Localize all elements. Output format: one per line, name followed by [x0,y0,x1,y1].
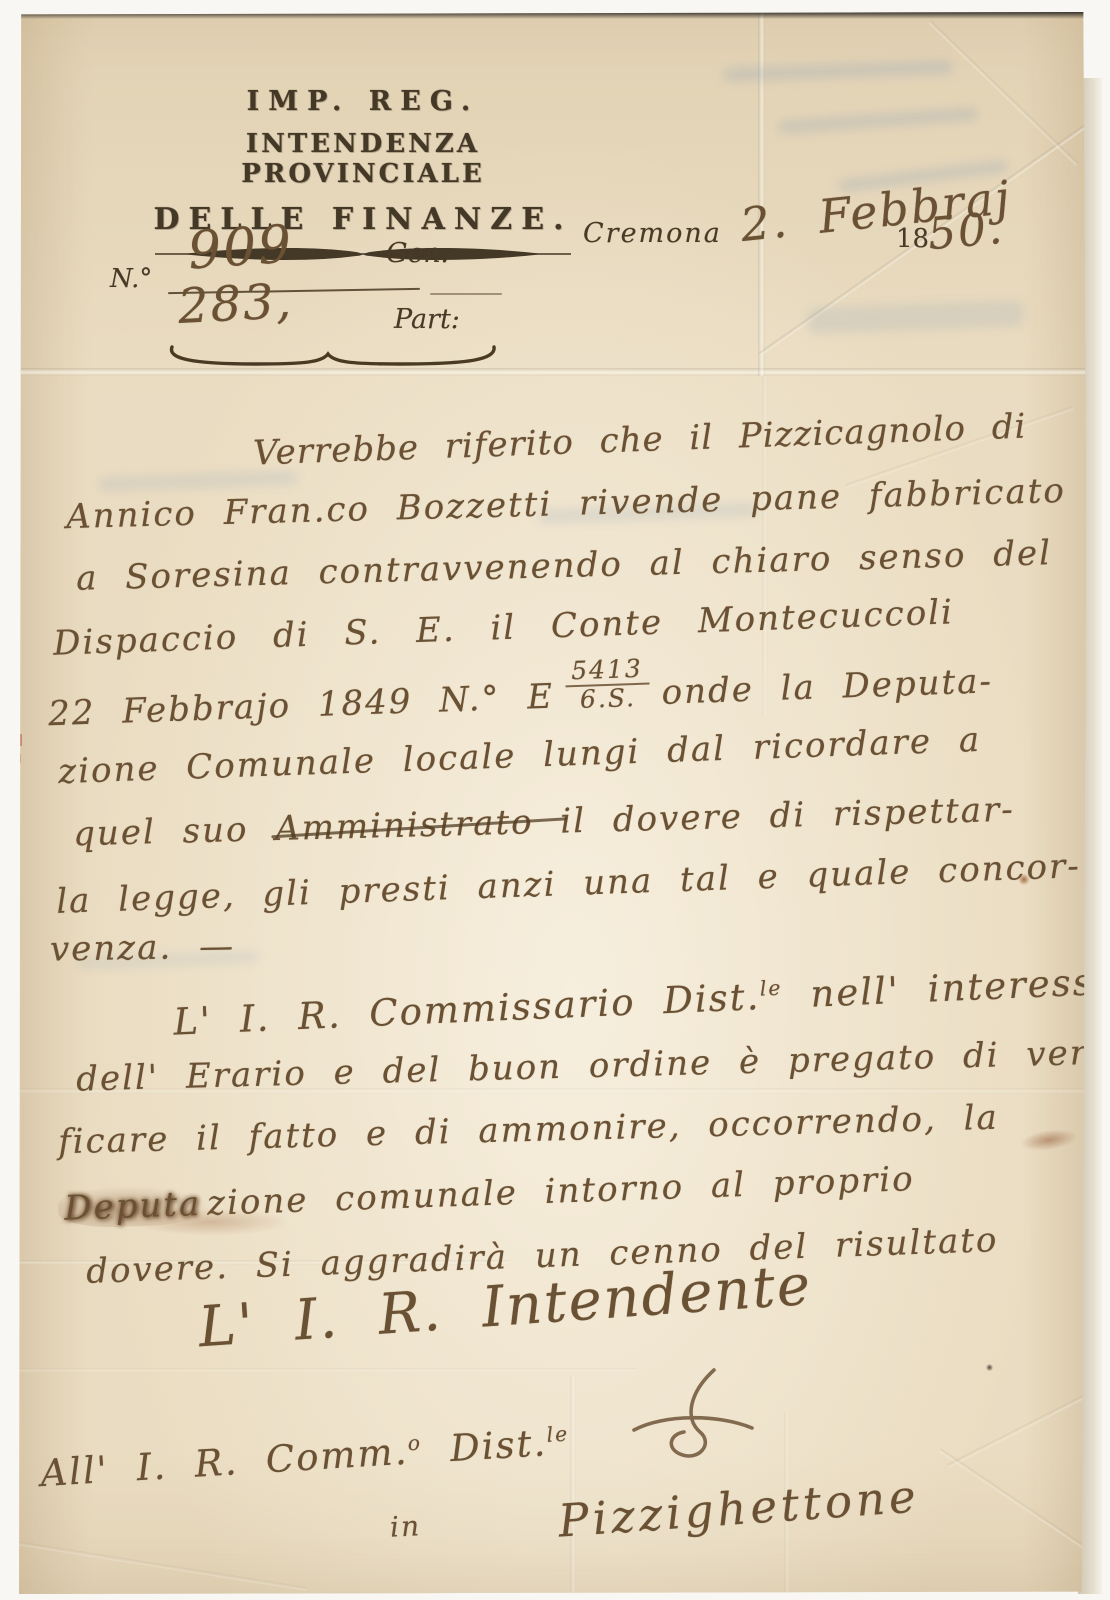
body-line-text: il dovere di rispettar- [560,790,1015,842]
body-line-text: 22 Febbrajo 1849 N.° E [48,677,555,735]
ink-showthrough [808,300,1024,333]
crease-diagonal-bottom-right-up [947,1392,1091,1468]
body-line-text: nell' interesse [810,959,1110,1015]
body-line: L' I. R. Commissario Dist.le nell' inter… [173,959,1110,1043]
paper-top-edge-shadow [18,12,1086,19]
body-line: Deputazione comunale intorno al proprio [58,1159,916,1229]
body-line-text: Verrebbe riferito che il Pizzicagnolo di [253,407,1028,474]
dispatch-number-fraction: 54136.S. [565,656,651,714]
crease-diagonal-top-right-short [929,21,1079,166]
ink-smudge-right [1019,1126,1079,1154]
fraction-numerator: 5413 [565,656,650,688]
body-line-text: a Soresina contravvenendo al chiaro sens… [76,533,1053,599]
letter-paper: IMP. REG. INTENDENZA PROVINCIALE DELLE F… [18,12,1086,1594]
body-line-text: dell' Erario e del buon ordine è pregato… [76,1032,1110,1099]
superscript-abbrev: o [407,1431,423,1456]
superscript-abbrev: le [759,976,783,1001]
address-recipient-text: Dist. [421,1421,548,1472]
red-edge-mark [18,734,22,746]
body-line-text: quel suo [73,810,249,855]
letterhead-line2: INTENDENZA PROVINCIALE [123,129,603,189]
registry-gen-value: 909 [186,214,295,281]
scan-background: IMP. REG. INTENDENZA PROVINCIALE DELLE F… [0,0,1110,1600]
address-recipient: All' I. R. Comm.o Dist.le [39,1420,571,1495]
body-line: quel suo Amministrato il dovere di rispe… [73,790,1016,855]
body-line-text: Dispaccio di S. E. il Conte Montecuccoli [53,592,955,663]
body-line-text: L' I. R. Commissario Dist. [173,975,762,1044]
body-line-text: la legge, gli presti anzi una tal e qual… [56,846,1082,922]
address-recipient-text: All' I. R. Comm. [39,1430,409,1495]
ink-speck [986,1364,993,1371]
body-line-text: Annico Fran.co Bozzetti rivende pane fab… [66,471,1067,537]
registry-number-label: N.° [110,264,152,294]
registry-part-label: Part: [394,304,460,335]
dateline-year-printed: 18 [896,224,929,254]
body-line: venza. — [50,926,236,969]
body-line: Annico Fran.co Bozzetti rivende pane fab… [66,471,1067,537]
body-line: la legge, gli presti anzi una tal e qual… [56,846,1082,922]
signature-paraph [618,1364,768,1479]
body-line-text: zione comunale intorno al proprio [206,1159,915,1224]
dateline-year-written: 50. [926,203,1006,260]
body-line: Verrebbe riferito che il Pizzicagnolo di [253,407,1028,474]
letterhead-line1: IMP. REG. [123,86,603,117]
body-line-text: ficare il fatto e di ammonire, occorrend… [58,1098,1000,1163]
dateline-place: Cremona [583,218,722,249]
registry-part-value: 283, [177,273,295,335]
body-line: Dispaccio di S. E. il Conte Montecuccoli [53,592,955,663]
registry-gen-label: Gen: [386,238,450,269]
address-in-word: in [389,1509,422,1544]
ink-showthrough [723,60,953,82]
registry-underline-short [430,293,502,295]
body-line: dell' Erario e del buon ordine è pregato… [76,1032,1110,1099]
body-line-text: onde la Deputa- [661,661,994,713]
red-edge-mark [18,754,21,763]
fold-crease-vertical-bottom-left [570,1376,576,1594]
struck-word: Amministrato [275,802,534,849]
fraction-denominator: 6.S. [580,685,637,713]
crease-diagonal-bottom-right-down [939,1448,1090,1552]
body-line: a Soresina contravvenendo al chiaro sens… [76,533,1053,599]
ink-showthrough [98,471,298,492]
ink-showthrough [778,107,978,134]
registry-brace [166,342,500,370]
blotted-word: Deputa [58,1184,208,1229]
address-place: Pizzighettone [557,1469,922,1547]
crease-diagonal-bottom-left [10,1540,307,1591]
fold-crease-vertical-top [758,12,765,376]
body-line-text: venza. — [50,926,236,969]
superscript-abbrev: le [546,1422,570,1447]
body-line: ficare il fatto e di ammonire, occorrend… [58,1098,1000,1163]
fold-crease-horizontal-bottom [18,1368,637,1373]
